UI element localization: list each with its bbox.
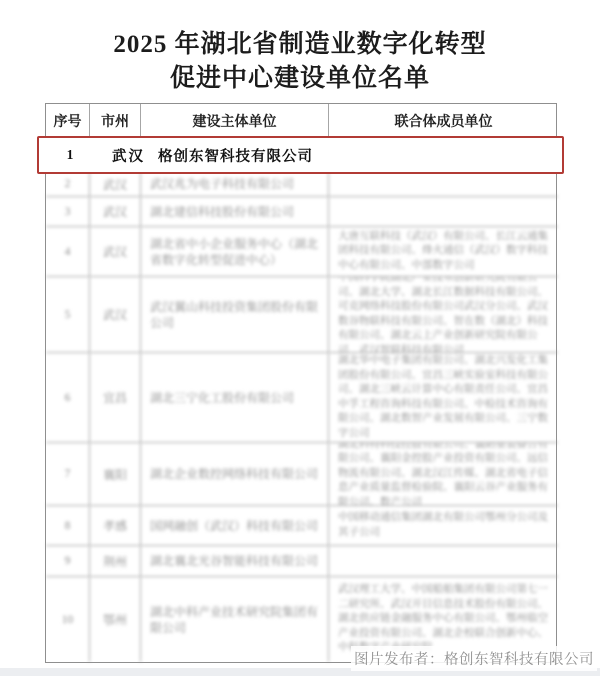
row-main-unit: 湖北省中小企业服务中心（湖北省数字化转型促进中心） (141, 227, 329, 277)
row-city: 武汉 (90, 227, 141, 277)
table-row: 8 孝感 国网融创（武汉）科技有限公司 中国移动通信集团湖北有限公司鄂州分公司及… (46, 506, 556, 546)
table-row: 7 襄阳 湖北企业数控网络科技有限公司 湖北科特科技控股有限公司、襄阳重装备合有… (46, 443, 556, 506)
row-city: 宜昌 (90, 353, 141, 443)
row-index: 1 (57, 147, 83, 163)
row-member-units (329, 197, 558, 227)
row-main-unit: 湖北襄北光谷智能科技有限公司 (141, 546, 329, 577)
row-member-units: 中国移动通信集团湖北有限公司鄂州分公司及其子公司 (329, 506, 558, 546)
row-city: 武汉 (112, 145, 145, 166)
row-member-units: 湖北华中电子集团有限公司、湖北兴发化工集团股份有限公司、宜昌三峡实验室科技有限公… (329, 353, 558, 443)
row-member-units (329, 546, 558, 577)
row-main-unit: 国网融创（武汉）科技有限公司 (141, 506, 329, 546)
row-index: 4 (46, 227, 90, 277)
highlighted-row: 1 武汉 格创东智科技有限公司 (37, 136, 564, 174)
document-title-line1: 2025 年湖北省制造业数字化转型 (0, 24, 600, 60)
row-city: 武汉 (90, 172, 141, 197)
publisher-caption: 图片发布者：格创东智科技有限公司 (351, 646, 597, 671)
row-member-units (329, 172, 558, 197)
row-main-unit: 武汉翼山科技投资集团股份有限公司 (141, 277, 329, 353)
table-row: 9 荆州 湖北襄北光谷智能科技有限公司 (46, 546, 556, 577)
row-main-unit: 湖北中科产业技术研究院集团有限公司 (141, 577, 329, 662)
row-index: 7 (46, 443, 90, 506)
row-city: 武汉 (90, 197, 141, 227)
row-index: 3 (46, 197, 90, 227)
row-index: 8 (46, 506, 90, 546)
row-city: 鄂州 (90, 577, 141, 662)
row-index: 10 (46, 577, 90, 662)
row-city: 荆州 (90, 546, 141, 577)
col-header-city: 市州 (90, 104, 141, 138)
document-page: 2025 年湖北省制造业数字化转型 促进中心建设单位名单 序号 市州 建设主体单… (0, 0, 600, 676)
row-main-unit: 湖北建信科技股份有限公司 (141, 197, 329, 227)
table-row: 5 武汉 武汉翼山科技投资集团股份有限公司 中国科学院湖北产业技术创新研究院有限… (46, 277, 556, 353)
row-city: 孝感 (90, 506, 141, 546)
col-header-member-units: 联合体成员单位 (329, 104, 558, 138)
table-row: 3 武汉 湖北建信科技股份有限公司 (46, 197, 556, 227)
col-header-main-unit: 建设主体单位 (141, 104, 329, 138)
row-index: 9 (46, 546, 90, 577)
table-row: 2 武汉 武汉兆为电子科技有限公司 (46, 172, 556, 197)
document-title-line2: 促进中心建设单位名单 (0, 58, 600, 94)
table-row: 6 宜昌 湖北三宁化工股份有限公司 湖北华中电子集团有限公司、湖北兴发化工集团股… (46, 353, 556, 443)
table-row: 4 武汉 湖北省中小企业服务中心（湖北省数字化转型促进中心） 大唐互联科技（武汉… (46, 227, 556, 277)
row-city: 襄阳 (90, 443, 141, 506)
row-main-unit: 湖北三宁化工股份有限公司 (141, 353, 329, 443)
table-header-row: 序号 市州 建设主体单位 联合体成员单位 (46, 104, 556, 138)
units-table: 序号 市州 建设主体单位 联合体成员单位 1 武汉 格创东智科技有限公司 2 武… (45, 103, 557, 663)
col-header-index: 序号 (46, 104, 90, 138)
row-index: 5 (46, 277, 90, 353)
row-index: 6 (46, 353, 90, 443)
row-member-units: 中国科学院湖北产业技术创新研究院有限公司、湖北大学、湖北长江数据科技有限公司、可… (329, 277, 558, 353)
row-main-unit: 格创东智科技有限公司 (158, 145, 313, 166)
row-main-unit: 湖北企业数控网络科技有限公司 (141, 443, 329, 506)
row-index: 2 (46, 172, 90, 197)
row-city: 武汉 (90, 277, 141, 353)
table-row-1-slot: 1 武汉 格创东智科技有限公司 (46, 138, 556, 172)
row-member-units: 湖北科特科技控股有限公司、襄阳重装备合有限公司、襄阳金控股产业投资有限公司、远信… (329, 443, 558, 506)
row-main-unit: 武汉兆为电子科技有限公司 (141, 172, 329, 197)
row-member-units: 大唐互联科技（武汉）有限公司、长江云通集团科技有限公司、烽火通信（武汉）数字科技… (329, 227, 558, 277)
